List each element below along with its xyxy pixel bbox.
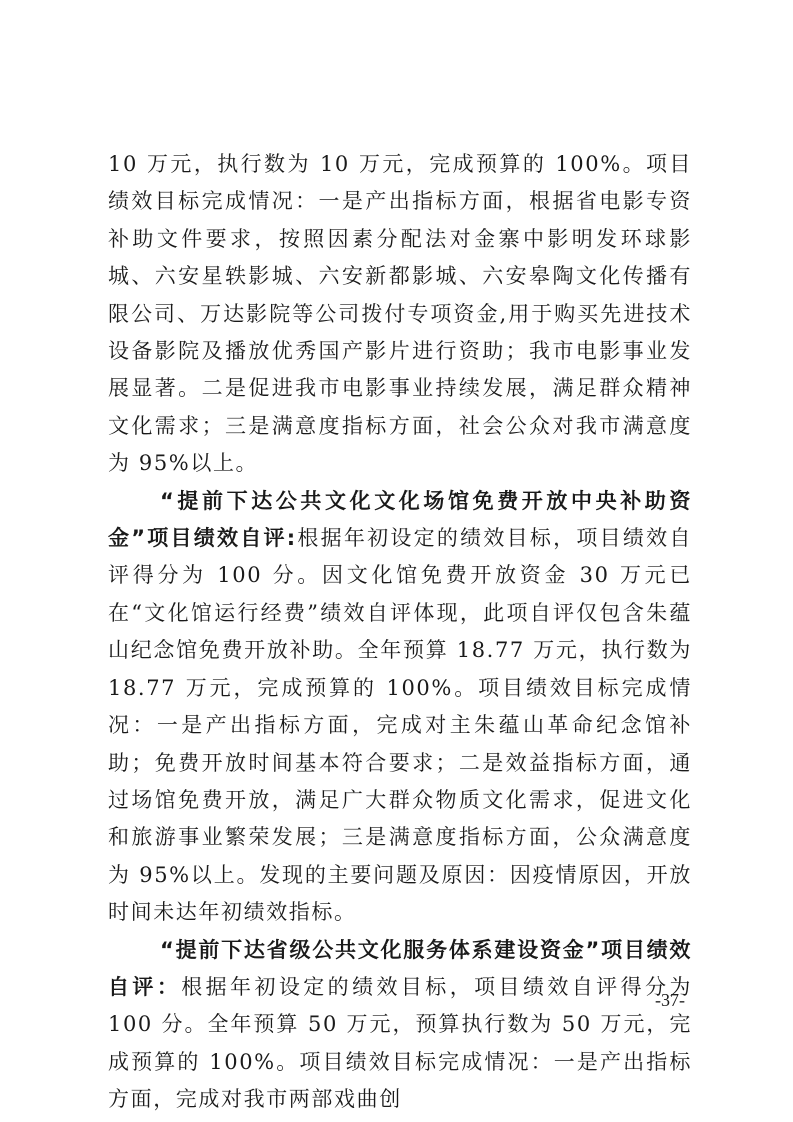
paragraph-film-subsidy: 10 万元，执行数为 10 万元，完成预算的 100%。项目绩效目标完成情况：一… xyxy=(108,146,692,483)
paragraph-text: 根据年初设定的绩效目标，项目绩效自评得分为 100 分。全年预算 50 万元，预… xyxy=(108,975,692,1111)
document-body: 10 万元，执行数为 10 万元，完成预算的 100%。项目绩效目标完成情况：一… xyxy=(108,146,692,1119)
paragraph-public-culture-service: “提前下达省级公共文化服务体系建设资金”项目绩效自评：根据年初设定的绩效目标，项… xyxy=(108,932,692,1119)
paragraph-free-opening-subsidy: “提前下达公共文化文化场馆免费开放中央补助资金”项目绩效自评:根据年初设定的绩效… xyxy=(108,483,692,932)
paragraph-text: 10 万元，执行数为 10 万元，完成预算的 100%。项目绩效目标完成情况：一… xyxy=(108,152,692,475)
page-number: -37- xyxy=(655,990,685,1011)
paragraph-text: 根据年初设定的绩效目标，项目绩效自评得分为 100 分。因文化馆免费开放资金 3… xyxy=(108,526,692,924)
